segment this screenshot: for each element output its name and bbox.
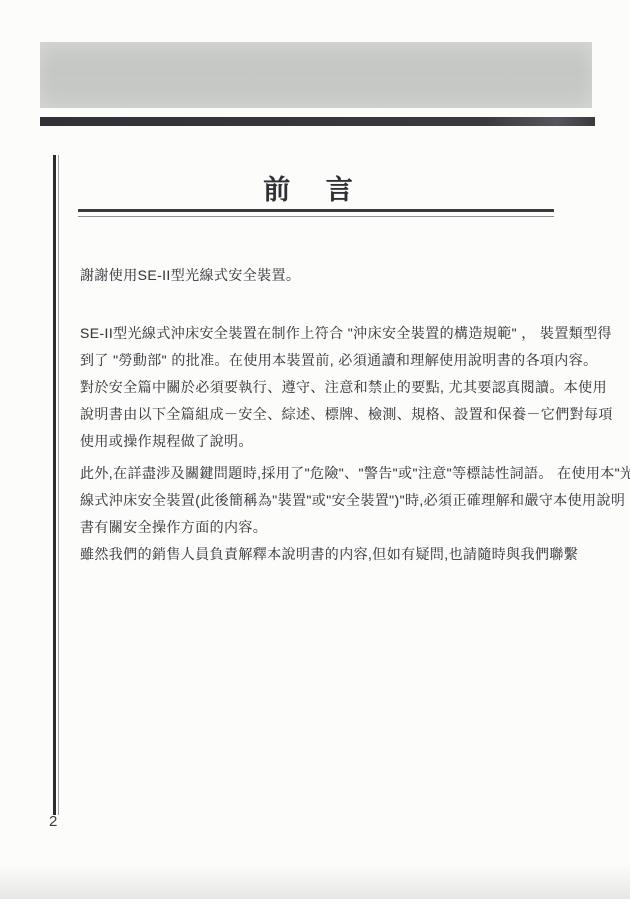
left-margin-rule-light <box>58 155 59 815</box>
paragraph-line: 對於安全篇中關於必須要執行、遵守、注意和禁止的要點, 尤其要認真閱讀。本使用 <box>80 374 566 401</box>
paragraph-line: 說明書由以下全篇組成－安全、綜述、標牌、檢測、規格、設置和保養－它們對每項 <box>80 401 566 428</box>
title-underline-thick <box>78 209 554 212</box>
paragraph-line: 到了 "勞動部" 的批准。在使用本裝置前, 必須通讀和理解使用說明書的各項内容。 <box>80 347 566 374</box>
paragraph-line: 此外,在詳盡涉及關鍵問題時,採用了"危險"、"警告"或"注意"等標誌性詞語。 在… <box>80 460 566 487</box>
greeting-line: 謝謝使用SE-II型光線式安全裝置。 <box>80 262 566 289</box>
paragraph-signal-words: 此外,在詳盡涉及關鍵問題時,採用了"危險"、"警告"或"注意"等標誌性詞語。 在… <box>80 460 566 568</box>
left-margin-rule-dark <box>53 155 56 815</box>
page-number: 2 <box>49 813 57 830</box>
paragraph-compliance: SE-II型光線式沖床安全裝置在制作上符合 "沖床安全裝置的構造規範" ， 裝置… <box>80 320 566 455</box>
header-banner-graphic <box>40 42 592 108</box>
scan-bottom-fade <box>0 865 630 899</box>
document-body: 謝謝使用SE-II型光線式安全裝置。 SE-II型光線式沖床安全裝置在制作上符合… <box>80 262 566 568</box>
header-dark-bar <box>40 117 595 126</box>
paragraph-line: 線式沖床安全裝置(此後簡稱為"裝置"或"安全裝置")"時,必須正確理解和嚴守本使… <box>80 487 566 514</box>
page-title: 前 言 <box>0 168 630 207</box>
paragraph-line: 書有關安全操作方面的内容。 <box>80 514 566 541</box>
title-underline-thin <box>78 216 554 217</box>
paragraph-line: 雖然我們的銷售人員負責解釋本說明書的内容,但如有疑問,也請隨時與我們聯繫 <box>80 541 566 568</box>
paragraph-line: 使用或操作規程做了說明。 <box>80 428 566 455</box>
paragraph-line: SE-II型光線式沖床安全裝置在制作上符合 "沖床安全裝置的構造規範" ， 裝置… <box>80 320 566 347</box>
